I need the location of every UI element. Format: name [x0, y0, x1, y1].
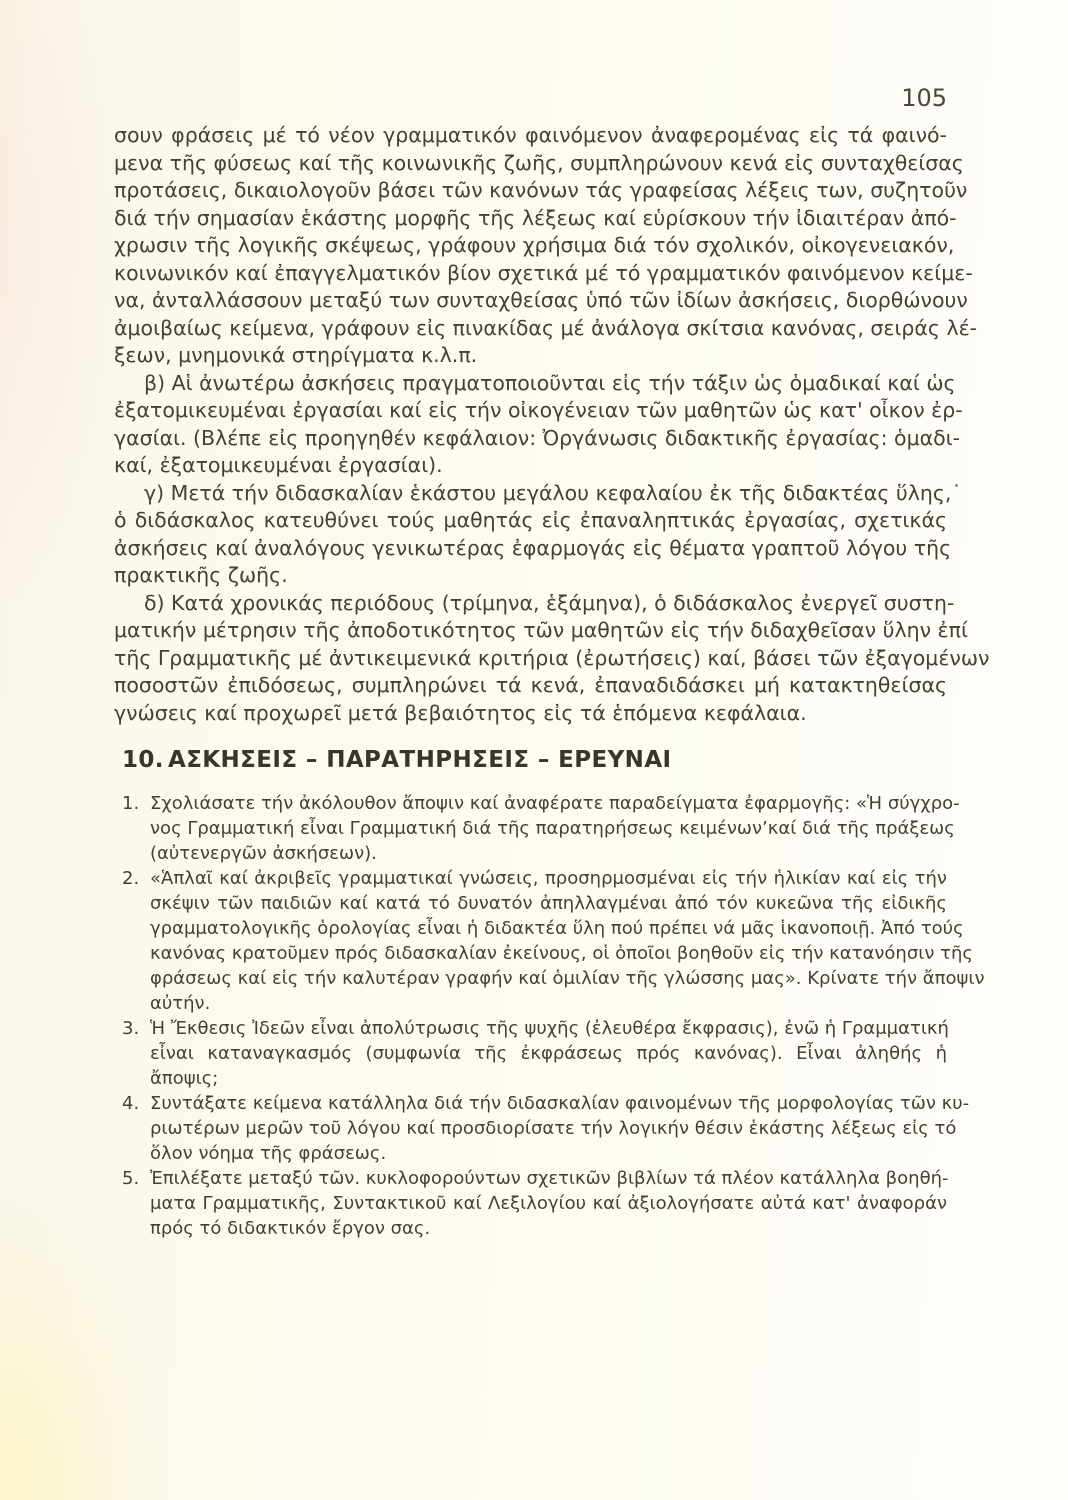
- text-line: νος Γραμματική εἶναι Γραμματική διά τῆς …: [150, 816, 947, 841]
- exercise-item: 5.Ἐπιλέξατε μεταξύ τῶν. κυκλοφορούντων σ…: [114, 1166, 947, 1241]
- text-line: Σχολιάσατε τήν ἀκόλουθον ἄποψιν καί ἀναφ…: [150, 791, 947, 816]
- text-line: καί, ἐξατομικευμέναι ἐργασίαι).: [114, 452, 947, 480]
- text-line: πρός τό διδακτικόν ἔργον σας.: [150, 1216, 947, 1241]
- text-line: φράσεως καί εἰς τήν καλυτέραν γραφήν καί…: [150, 966, 947, 991]
- text-line: γνώσεις καί προχωρεῖ μετά βεβαιότητος εἰ…: [114, 700, 947, 728]
- text-line: σουν φράσεις μέ τό νέον γραμματικόν φαιν…: [114, 122, 947, 150]
- text-line: Ἐπιλέξατε μεταξύ τῶν. κυκλοφορούντων σχε…: [150, 1166, 947, 1191]
- text-line: Συντάξατε κείμενα κατάλληλα διά τήν διδα…: [150, 1091, 947, 1116]
- exercise-list: 1.Σχολιάσατε τήν ἀκόλουθον ἄποψιν καί ἀν…: [114, 791, 947, 1241]
- text-line: να, ἀνταλλάσσουν μεταξύ των συνταχθείσας…: [114, 287, 947, 315]
- book-page: 105 σουν φράσεις μέ τό νέον γραμματικόν …: [0, 0, 1068, 1500]
- exercise-number: 5.: [122, 1166, 150, 1241]
- text-line: ὁ διδάσκαλος κατευθύνει τούς μαθητάς εἰς…: [114, 507, 947, 535]
- text-line: γασίαι. (Βλέπε εἰς προηγηθέν κεφάλαιον: …: [114, 425, 947, 453]
- text-line: αὐτήν.: [150, 991, 947, 1016]
- text-line: ποσοστῶν ἐπιδόσεως, συμπληρώνει τά κενά,…: [114, 672, 947, 700]
- section-heading: 10. ΑΣΚΗΣΕΙΣ – ΠΑΡΑΤΗΡΗΣΕΙΣ – ΕΡΕΥΝΑΙ: [114, 745, 947, 775]
- exercise-number: 3.: [122, 1016, 150, 1091]
- paragraph: σουν φράσεις μέ τό νέον γραμματικόν φαιν…: [114, 122, 947, 370]
- text-line: (αὐτενεργῶν ἀσκήσεων).: [150, 841, 947, 866]
- text-line: ριωτέρων μερῶν τοῦ λόγου καί προσδιορίσα…: [150, 1116, 947, 1141]
- paragraph: β) Αἱ ἀνωτέρω ἀσκήσεις πραγματοποιοῦνται…: [114, 370, 947, 480]
- text-line: ἐξατομικευμέναι ἐργασίαι καί εἰς τήν οἰκ…: [114, 397, 947, 425]
- exercise-number: 1.: [122, 791, 150, 866]
- body-text: σουν φράσεις μέ τό νέον γραμματικόν φαιν…: [114, 122, 947, 727]
- text-line: σκέψιν τῶν παιδιῶν καί κατά τό δυνατόν ἀ…: [150, 891, 947, 916]
- text-line: κοινωνικόν καί ἐπαγγελματικόν βίον σχετι…: [114, 260, 947, 288]
- text-line: χρωσιν τῆς λογικῆς σκέψεως, γράφουν χρήσ…: [114, 232, 947, 260]
- text-line: β) Αἱ ἀνωτέρω ἀσκήσεις πραγματοποιοῦνται…: [114, 370, 947, 398]
- text-line: εἶναι καταναγκασμός (συμφωνία τῆς ἐκφράσ…: [150, 1041, 947, 1091]
- paragraph: δ) Κατά χρονικάς περιόδους (τρίμηνα, ἑξά…: [114, 590, 947, 728]
- text-line: ξεων, μνημονικά στηρίγματα κ.λ.π.: [114, 342, 947, 370]
- exercise-text: Συντάξατε κείμενα κατάλληλα διά τήν διδα…: [150, 1091, 947, 1166]
- exercise-number: 2.: [122, 866, 150, 1016]
- text-line: Ἡ Ἔκθεσις Ἰδεῶν εἶναι ἀπολύτρωσις τῆς ψυ…: [150, 1016, 947, 1041]
- text-line: μενα τῆς φύσεως καί τῆς κοινωνικῆς ζωῆς,…: [114, 150, 947, 178]
- exercise-number: 4.: [122, 1091, 150, 1166]
- section-heading-title: ΑΣΚΗΣΕΙΣ – ΠΑΡΑΤΗΡΗΣΕΙΣ – ΕΡΕΥΝΑΙ: [168, 745, 672, 775]
- section-heading-number: 10.: [122, 745, 168, 775]
- text-line: ὅλον νόημα τῆς φράσεως.: [150, 1141, 947, 1166]
- text-line: ἀσκήσεις καί ἀναλόγους γενικωτέρας ἐφαρμ…: [114, 535, 947, 563]
- exercise-item: 1.Σχολιάσατε τήν ἀκόλουθον ἄποψιν καί ἀν…: [114, 791, 947, 866]
- page-content: σουν φράσεις μέ τό νέον γραμματικόν φαιν…: [114, 122, 947, 1241]
- text-line: κανόνας κρατοῦμεν πρός διδασκαλίαν ἐκείν…: [150, 941, 947, 966]
- text-line: τῆς Γραμματικῆς μέ ἀντικειμενικά κριτήρι…: [114, 645, 947, 673]
- text-line: προτάσεις, δικαιολογοῦν βάσει τῶν κανόνω…: [114, 177, 947, 205]
- text-line: δ) Κατά χρονικάς περιόδους (τρίμηνα, ἑξά…: [114, 590, 947, 618]
- paragraph: γ) Μετά τήν διδασκαλίαν ἑκάστου μεγάλου …: [114, 480, 947, 590]
- text-line: πρακτικῆς ζωῆς.: [114, 562, 947, 590]
- text-line: ἀμοιβαίως κείμενα, γράφουν εἰς πινακίδας…: [114, 315, 947, 343]
- exercise-item: 2.«Ἁπλαῖ καί ἀκριβεῖς γραμματικαί γνώσει…: [114, 866, 947, 1016]
- exercise-item: 3.Ἡ Ἔκθεσις Ἰδεῶν εἶναι ἀπολύτρωσις τῆς …: [114, 1016, 947, 1091]
- text-line: ματικήν μέτρησιν τῆς ἀποδοτικότητος τῶν …: [114, 617, 947, 645]
- exercise-item: 4.Συντάξατε κείμενα κατάλληλα διά τήν δι…: [114, 1091, 947, 1166]
- exercise-text: Ἡ Ἔκθεσις Ἰδεῶν εἶναι ἀπολύτρωσις τῆς ψυ…: [150, 1016, 947, 1091]
- text-line: γ) Μετά τήν διδασκαλίαν ἑκάστου μεγάλου …: [114, 480, 947, 508]
- text-line: γραμματολογικῆς ὁρολογίας εἶναι ἡ διδακτ…: [150, 916, 947, 941]
- text-line: διά τήν σημασίαν ἑκάστης μορφῆς τῆς λέξε…: [114, 205, 947, 233]
- exercise-text: Ἐπιλέξατε μεταξύ τῶν. κυκλοφορούντων σχε…: [150, 1166, 947, 1241]
- exercise-text: «Ἁπλαῖ καί ἀκριβεῖς γραμματικαί γνώσεις,…: [150, 866, 947, 1016]
- exercise-text: Σχολιάσατε τήν ἀκόλουθον ἄποψιν καί ἀναφ…: [150, 791, 947, 866]
- page-number: 105: [114, 84, 947, 112]
- text-line: «Ἁπλαῖ καί ἀκριβεῖς γραμματικαί γνώσεις,…: [150, 866, 947, 891]
- text-line: ματα Γραμματικῆς, Συντακτικοῦ καί Λεξιλο…: [150, 1191, 947, 1216]
